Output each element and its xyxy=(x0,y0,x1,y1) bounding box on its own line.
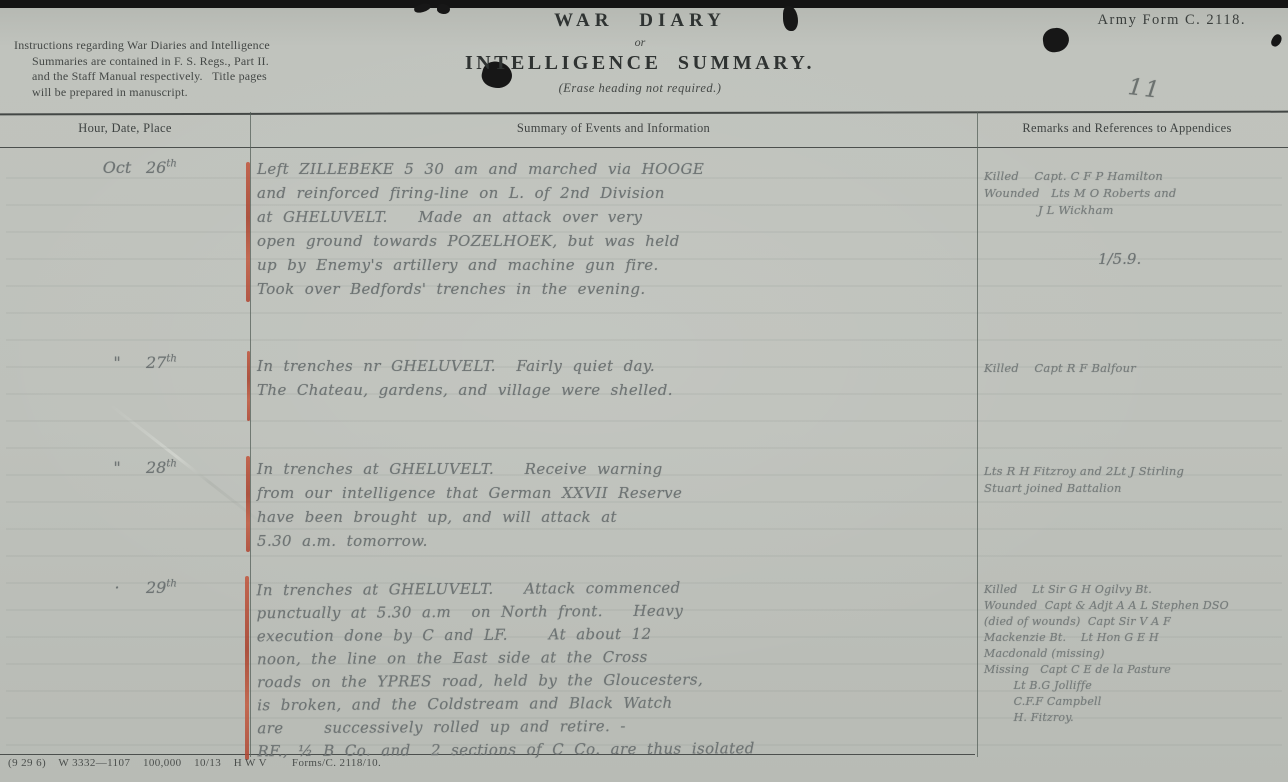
entry-date-month: Oct xyxy=(88,158,146,177)
form-number: Army Form C. 2118. xyxy=(1097,12,1246,29)
entry-date-oct-28: " 28th xyxy=(88,458,177,477)
entry-date-ditto: " xyxy=(88,458,146,477)
form-heading-note: (Erase heading not required.) xyxy=(430,81,850,96)
entry-summary-oct-28: In trenches at GHELUVELT. Receive warnin… xyxy=(257,457,979,553)
entry-summary-oct-27: In trenches nr GHELUVELT. Fairly quiet d… xyxy=(257,354,979,402)
entry-date-ditto: · xyxy=(88,578,146,597)
entry-date-day: 26th xyxy=(146,158,177,177)
instructions-note: Instructions regarding War Diaries and I… xyxy=(14,38,364,100)
entry-date-oct-27: " 27th xyxy=(88,353,177,372)
form-subtitle: INTELLIGENCE SUMMARY. xyxy=(430,52,850,75)
form-title-or: or xyxy=(430,35,850,50)
scanned-war-diary-page: Instructions regarding War Diaries and I… xyxy=(0,0,1288,782)
entry-remarks-oct-28: Lts R H Fitzroy and 2Lt J Stirling Stuar… xyxy=(984,463,1282,497)
page-number-handwritten: 11 xyxy=(1127,74,1163,104)
binding-mark-3 xyxy=(246,456,250,552)
entry-remarks-oct-27: Killed Capt R F Balfour xyxy=(984,360,1282,377)
entry-date-oct-29: · 29th xyxy=(88,578,177,597)
column-header-rule xyxy=(0,147,1288,148)
entry-date-day: 27th xyxy=(146,353,177,372)
column-header-summary: Summary of Events and Information xyxy=(250,121,977,136)
entry-summary-oct-29: In trenches at GHELUVELT. Attack commenc… xyxy=(256,575,979,763)
header-rule xyxy=(0,111,1288,116)
entry-remarks-oct-26: Killed Capt. C F P Hamilton Wounded Lts … xyxy=(984,168,1282,219)
binding-mark-4 xyxy=(245,576,249,760)
entry-date-ditto: " xyxy=(88,353,146,372)
column-header-remarks: Remarks and References to Appendices xyxy=(977,121,1277,136)
form-title: WAR DIARY xyxy=(430,10,850,32)
form-print-code: (9 29 6) W 3332—1107 100,000 10/13 H W V… xyxy=(8,757,381,769)
ink-blot-2 xyxy=(1041,26,1070,53)
entry-date-day: 28th xyxy=(146,458,177,477)
ink-blot-6 xyxy=(1269,33,1283,49)
column-header-hour-date-place: Hour, Date, Place xyxy=(0,121,250,136)
entry-reference-oct-26: 1/5.9. xyxy=(1098,250,1141,268)
entry-date-oct-26: Oct 26th xyxy=(88,158,177,177)
binding-mark-1 xyxy=(246,162,250,302)
form-title-block: WAR DIARY or INTELLIGENCE SUMMARY. (Eras… xyxy=(430,10,850,96)
entry-date-day: 29th xyxy=(146,578,177,597)
column-divider-left xyxy=(250,112,251,757)
entry-remarks-oct-29: Killed Lt Sir G H Ogilvy Bt. Wounded Cap… xyxy=(984,582,1282,726)
entry-summary-oct-26: Left ZILLEBEKE 5 30 am and marched via H… xyxy=(257,157,979,301)
scan-edge xyxy=(0,0,1288,8)
binding-mark-2 xyxy=(247,351,250,421)
